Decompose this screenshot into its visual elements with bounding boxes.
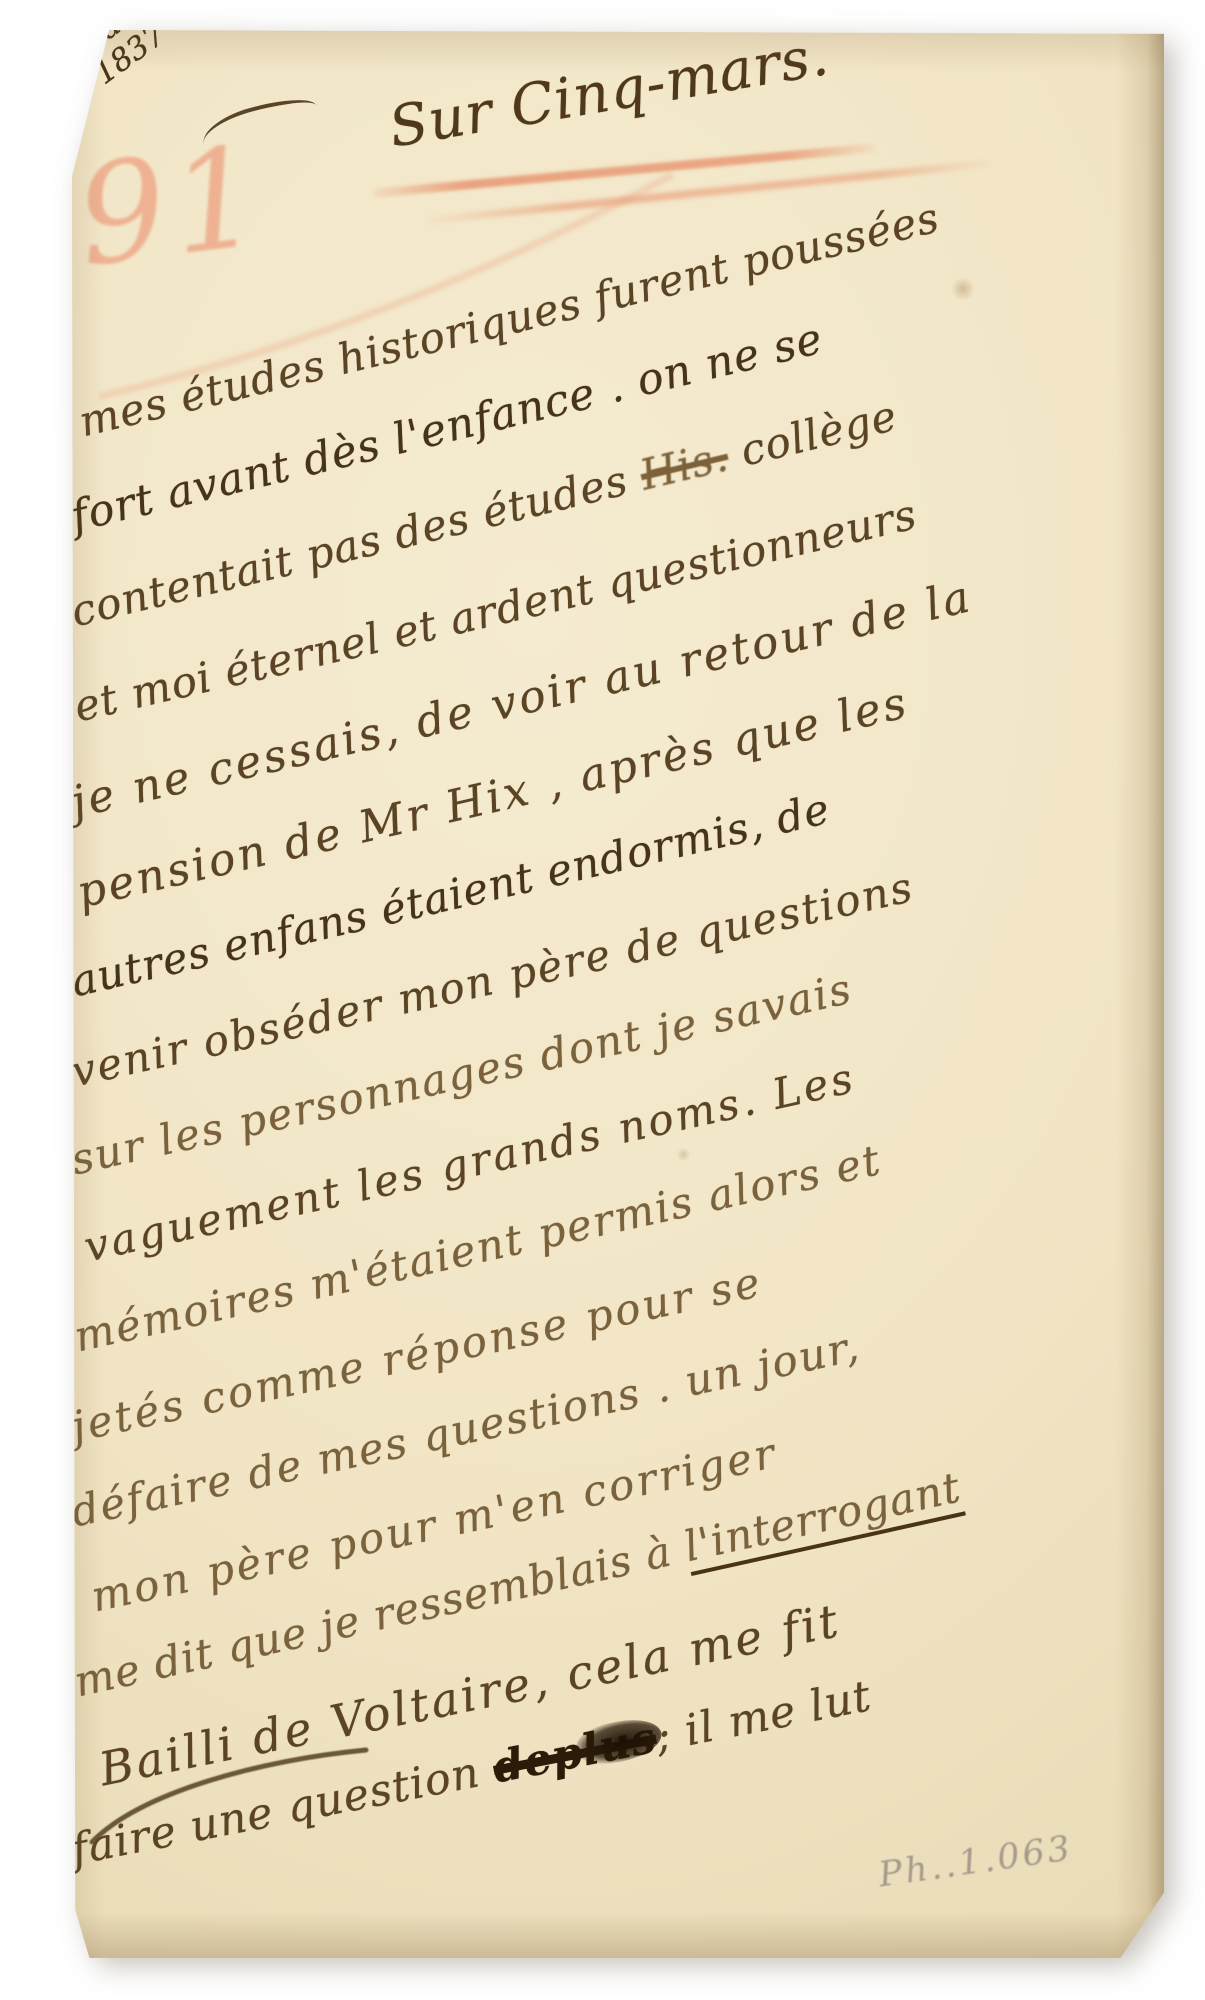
body-line-text: ; il me lut xyxy=(651,1671,875,1762)
struck-word: His. xyxy=(635,431,733,499)
paper-shadow-wrap: 91 mai 1837 Sur Cinq-mars. mes études hi… xyxy=(0,0,1205,2000)
foxing-spot xyxy=(950,278,976,300)
body-line-text: collège xyxy=(722,391,902,479)
manuscript-photo: 91 mai 1837 Sur Cinq-mars. mes études hi… xyxy=(0,0,1205,2000)
pencil-inventory-note: Ph..1.063 xyxy=(876,1829,1075,1896)
page-title: Sur Cinq-mars. xyxy=(385,23,834,160)
foxing-spot xyxy=(676,1148,691,1161)
manuscript-page: 91 mai 1837 Sur Cinq-mars. mes études hi… xyxy=(72,30,1164,1958)
ink-blotted-word: deplus xyxy=(489,1713,661,1794)
page-number-chalk: 91 xyxy=(69,115,275,298)
date-annotation: mai 1837 xyxy=(68,0,172,91)
